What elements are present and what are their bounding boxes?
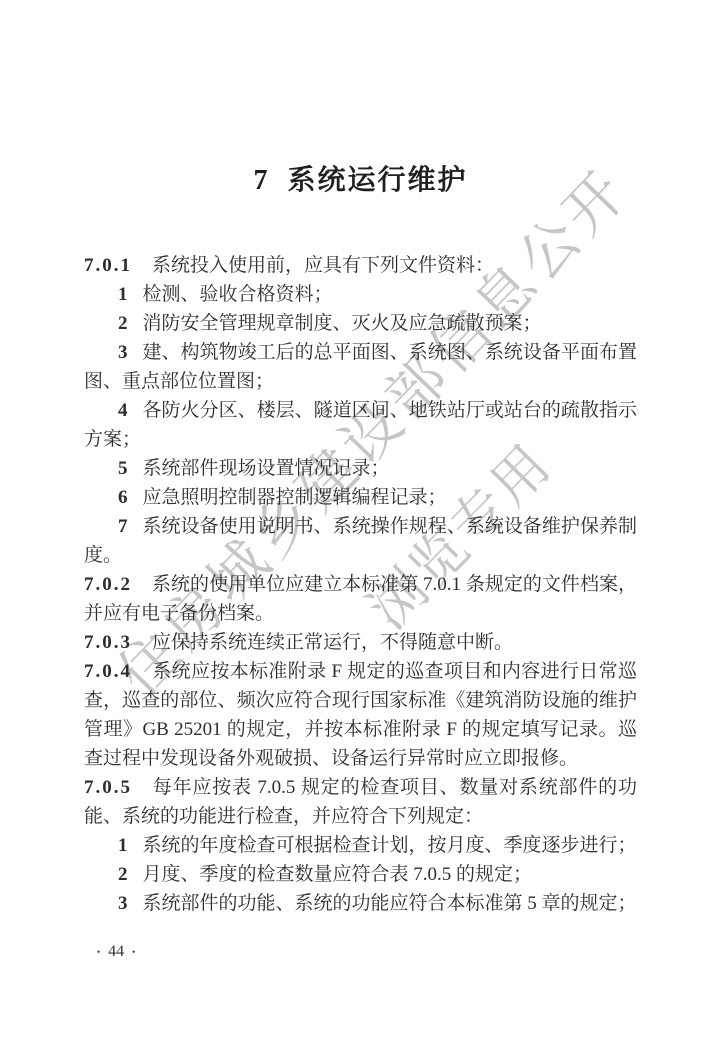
clause-7.0.2: 7.0.2系统的使用单位应建立本标准第 7.0.1 条规定的文件档案，并应有电子… [84, 570, 637, 628]
list-item-1: 1检测、验收合格资料； [84, 280, 637, 309]
clause-text: 应保持系统连续正常运行，不得随意中断。 [152, 632, 513, 653]
footer-left-dot: • [97, 944, 100, 960]
item-text: 检测、验收合格资料； [143, 284, 333, 305]
page-number: 44 [108, 944, 124, 960]
item-text: 月度、季度的检查数量应符合表 7.0.5 的规定； [143, 864, 533, 885]
clause-text: 每年应按表 7.0.5 规定的检查项目、数量对系统部件的功能、系统的功能进行检查… [84, 777, 637, 827]
footer-right-dot: • [132, 944, 135, 960]
clause-text: 系统的使用单位应建立本标准第 7.0.1 条规定的文件档案，并应有电子备份档案。 [84, 574, 637, 624]
list-item-2: 2消防安全管理规章制度、灭火及应急疏散预案； [84, 309, 637, 338]
chapter-number: 7 [253, 165, 269, 196]
item-text: 系统设备使用说明书、系统操作规程、系统设备维护保养制度。 [84, 516, 637, 566]
item-text: 消防安全管理规章制度、灭火及应急疏散预案； [143, 313, 542, 334]
item-number: 1 [118, 284, 128, 305]
clause-7.0.4: 7.0.4系统应按本标准附录 F 规定的巡查项目和内容进行日常巡查，巡查的部位、… [84, 657, 637, 773]
list-item-3: 3建、构筑物竣工后的总平面图、系统图、系统设备平面布置图、重点部位位置图； [84, 338, 637, 396]
item-text: 系统部件现场设置情况记录； [143, 458, 390, 479]
clause-7.0.1: 7.0.1系统投入使用前，应具有下列文件资料： [84, 251, 637, 280]
item-number: 2 [118, 313, 128, 334]
list-item-3: 3系统部件的功能、系统的功能应符合本标准第 5 章的规定； [84, 889, 637, 918]
clause-number: 7.0.1 [84, 255, 132, 276]
chapter-title: 7系统运行维护 [84, 166, 637, 196]
item-number: 5 [118, 458, 128, 479]
clause-text: 系统应按本标准附录 F 规定的巡查项目和内容进行日常巡查，巡查的部位、频次应符合… [84, 661, 637, 769]
item-text: 建、构筑物竣工后的总平面图、系统图、系统设备平面布置图、重点部位位置图； [84, 342, 637, 392]
clause-7.0.3: 7.0.3应保持系统连续正常运行，不得随意中断。 [84, 628, 637, 657]
item-text: 各防火分区、楼层、隧道区间、地铁站厅或站台的疏散指示方案； [84, 400, 637, 450]
page-footer: • 44 • [97, 944, 135, 960]
chapter-name: 系统运行维护 [287, 165, 467, 196]
item-number: 4 [118, 400, 128, 421]
clause-number: 7.0.4 [84, 661, 132, 682]
clause-7.0.5: 7.0.5每年应按表 7.0.5 规定的检查项目、数量对系统部件的功能、系统的功… [84, 773, 637, 831]
clause-number: 7.0.3 [84, 632, 132, 653]
item-number: 3 [118, 342, 128, 363]
item-number: 3 [118, 893, 128, 914]
clause-number: 7.0.2 [84, 574, 132, 595]
item-text: 系统部件的功能、系统的功能应符合本标准第 5 章的规定； [143, 893, 637, 914]
list-item-7: 7系统设备使用说明书、系统操作规程、系统设备维护保养制度。 [84, 512, 637, 570]
item-number: 1 [118, 835, 128, 856]
item-text: 系统的年度检查可根据检查计划，按月度、季度逐步进行； [143, 835, 637, 856]
list-item-1: 1系统的年度检查可根据检查计划，按月度、季度逐步进行； [84, 831, 637, 860]
document-page: { "document": { "title": { "chapter_numb… [0, 0, 720, 1043]
list-item-5: 5系统部件现场设置情况记录； [84, 454, 637, 483]
item-number: 7 [118, 516, 128, 537]
list-item-2: 2月度、季度的检查数量应符合表 7.0.5 的规定； [84, 860, 637, 889]
body-text: 7.0.1系统投入使用前，应具有下列文件资料：1检测、验收合格资料；2消防安全管… [84, 251, 637, 918]
page-content: 7系统运行维护 7.0.1系统投入使用前，应具有下列文件资料：1检测、验收合格资… [84, 0, 637, 918]
list-item-4: 4各防火分区、楼层、隧道区间、地铁站厅或站台的疏散指示方案； [84, 396, 637, 454]
list-item-6: 6应急照明控制器控制逻辑编程记录； [84, 483, 637, 512]
clause-text: 系统投入使用前，应具有下列文件资料： [152, 255, 494, 276]
clause-number: 7.0.5 [84, 777, 132, 798]
item-text: 应急照明控制器控制逻辑编程记录； [143, 487, 447, 508]
item-number: 2 [118, 864, 128, 885]
item-number: 6 [118, 487, 128, 508]
